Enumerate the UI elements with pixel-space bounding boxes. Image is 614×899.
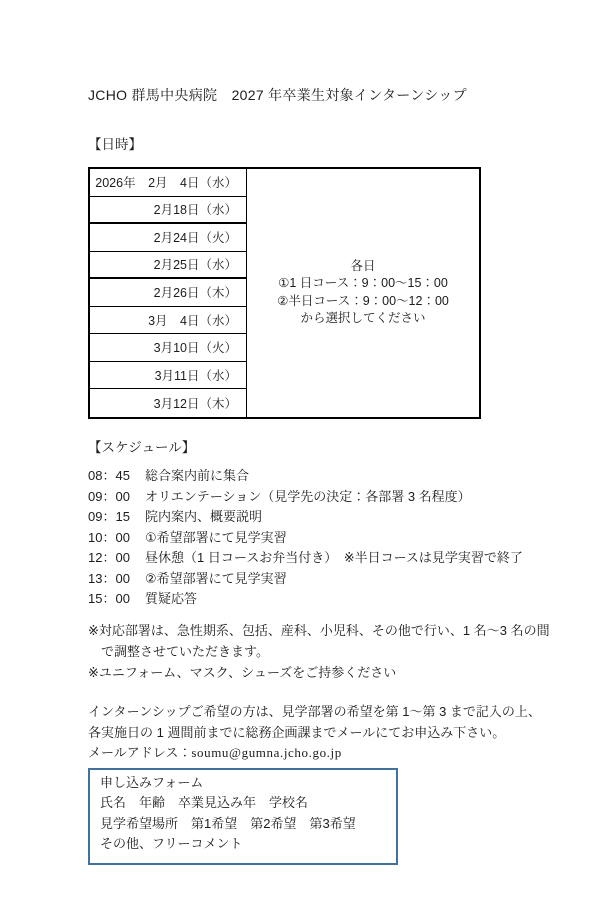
date-column: 2026年 2月 4日（水） 2月18日（水） 2月24日（火） 2月25日（水…: [90, 169, 247, 417]
schedule-item: 09：00 オリエンテーション（見学先の決定：各部署 3 名程度）: [88, 485, 614, 506]
note-departments-line2: で調整させていただきます。: [88, 641, 614, 662]
date-row: 3月12日（木）: [90, 389, 246, 417]
course-line: から選択してください: [300, 310, 425, 328]
schedule-time: 09：00: [88, 486, 145, 505]
schedule-time: 13：00: [88, 568, 145, 587]
date-row: 3月 4日（水）: [90, 307, 246, 335]
document-page: JCHO 群馬中央病院 2027 年卒業生対象インターンシップ 【日時】 202…: [0, 0, 614, 899]
email-address: soumu@gumna.jcho.go.jp: [191, 745, 341, 760]
schedule-item: 08：45 総合案内前に集合: [88, 465, 614, 486]
schedule-activity: ②希望部署にて見学実習: [145, 568, 287, 587]
course-options-cell: 各日 ①1 日コース：9：00～15：00 ②半日コース：9：00～12：00 …: [247, 169, 479, 417]
form-field-line: その他、フリーコメント: [100, 834, 388, 855]
schedule-activity: 昼休憩（1 日コースお弁当付き） ※半日コースは見学実習で終了: [145, 547, 523, 566]
form-field-line: 氏名 年齢 卒業見込み年 学校名: [100, 793, 388, 814]
datetime-heading: 【日時】: [88, 133, 614, 153]
schedule-item: 12：00 昼休憩（1 日コースお弁当付き） ※半日コースは見学実習で終了: [88, 547, 614, 568]
form-title: 申し込みフォーム: [100, 773, 388, 794]
schedule-item: 13：00 ②希望部署にて見学実習: [88, 567, 614, 588]
schedule-time: 12：00: [88, 547, 145, 566]
date-row: 2月24日（火）: [90, 224, 246, 252]
email-label: メールアドレス：: [88, 745, 191, 760]
application-line1: インターンシップご希望の方は、見学部署の希望を第 1～第 3 まで記入の上、: [88, 702, 614, 723]
course-line: 各日: [350, 258, 375, 276]
note-departments-line1: ※対応部署は、急性期系、包括、産科、小児科、その他で行い、1 名～3 名の間: [88, 620, 614, 641]
schedule-activity: 質疑応答: [145, 588, 197, 607]
schedule-heading: 【スケジュール】: [88, 436, 614, 456]
note-bring-items: ※ユニフォーム、マスク、シューズをご持参ください: [88, 662, 614, 683]
schedule-time: 08：45: [88, 465, 145, 484]
document-title: JCHO 群馬中央病院 2027 年卒業生対象インターンシップ: [88, 85, 614, 105]
schedule-item: 09：15 院内案内、概要説明: [88, 506, 614, 527]
course-line: ①1 日コース：9：00～15：00: [278, 275, 448, 293]
schedule-list: 08：45 総合案内前に集合 09：00 オリエンテーション（見学先の決定：各部…: [88, 465, 614, 609]
schedule-time: 15：00: [88, 588, 145, 607]
form-field-line: 見学希望場所 第1希望 第2希望 第3希望: [100, 814, 388, 835]
date-row: 2026年 2月 4日（水）: [90, 169, 246, 197]
schedule-time: 10：00: [88, 527, 145, 546]
application-line2: 各実施日の 1 週間前までに総務企画課までメールにてお申込み下さい。: [88, 723, 614, 744]
application-instructions: インターンシップご希望の方は、見学部署の希望を第 1～第 3 まで記入の上、 各…: [88, 702, 614, 764]
course-line: ②半日コース：9：00～12：00: [277, 293, 449, 311]
schedule-item: 15：00 質疑応答: [88, 588, 614, 609]
schedule-activity: ①希望部署にて見学実習: [145, 527, 287, 546]
date-row: 2月25日（水）: [90, 252, 246, 280]
notes: ※対応部署は、急性期系、包括、産科、小児科、その他で行い、1 名～3 名の間 で…: [88, 620, 614, 683]
schedule-activity: オリエンテーション（見学先の決定：各部署 3 名程度）: [145, 486, 471, 505]
date-row: 3月10日（火）: [90, 334, 246, 362]
schedule-item: 10：00 ①希望部署にて見学実習: [88, 526, 614, 547]
schedule-activity: 総合案内前に集合: [145, 465, 249, 484]
schedule-activity: 院内案内、概要説明: [145, 506, 262, 525]
date-row: 3月11日（水）: [90, 362, 246, 390]
date-row: 2月26日（木）: [90, 279, 246, 307]
schedule-time: 09：15: [88, 506, 145, 525]
date-row: 2月18日（水）: [90, 197, 246, 225]
datetime-table: 2026年 2月 4日（水） 2月18日（水） 2月24日（火） 2月25日（水…: [88, 167, 481, 419]
application-form-box: 申し込みフォーム 氏名 年齢 卒業見込み年 学校名 見学希望場所 第1希望 第2…: [88, 768, 398, 865]
email-line: メールアドレス：soumu@gumna.jcho.go.jp: [88, 743, 614, 764]
